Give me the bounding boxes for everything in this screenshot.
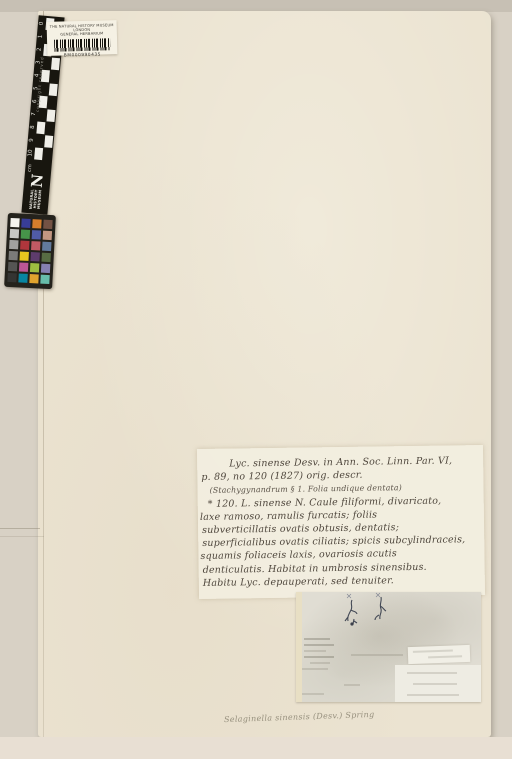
color-patch <box>29 274 38 283</box>
museum-logo: NATURAL HISTORY MUSEUM N <box>21 169 51 215</box>
color-chart-grid <box>7 218 52 284</box>
background-seam <box>0 536 44 537</box>
barcode-label: THE NATURAL HISTORY MUSEUM LONDON GENERA… <box>47 20 118 56</box>
color-patch <box>21 230 30 239</box>
ghost-text-line <box>310 662 330 664</box>
annotation-line: Habitu Lyc. depauperati, sed tenuiter. <box>203 573 485 590</box>
color-patch <box>42 242 51 251</box>
color-patch <box>18 273 27 282</box>
ruler-tick <box>49 83 58 96</box>
scanner-background-bottom <box>0 737 512 759</box>
background-seam <box>0 528 40 529</box>
ruler-tick <box>34 147 43 160</box>
color-patch <box>30 263 39 272</box>
ghost-text-line <box>304 644 334 646</box>
color-patch <box>10 218 19 227</box>
color-patch <box>20 240 29 249</box>
photo-label <box>408 645 471 664</box>
ghost-text-line <box>413 683 457 685</box>
color-patch <box>21 219 30 228</box>
color-patch <box>43 231 52 240</box>
ruler-tick <box>44 135 53 148</box>
ghost-text-line <box>344 684 360 686</box>
color-patch <box>41 264 50 273</box>
ghost-text-line <box>428 655 462 658</box>
ruler-number: 10 <box>27 149 34 157</box>
color-patch <box>30 252 39 261</box>
color-patch <box>8 262 17 271</box>
color-patch <box>19 262 28 271</box>
color-patch <box>32 219 41 228</box>
color-patch <box>32 230 41 239</box>
color-patch <box>31 241 40 250</box>
museum-n-logo-icon: N <box>28 173 47 188</box>
ruler-tick <box>51 58 60 71</box>
ghost-text-line <box>302 693 324 695</box>
ghost-text-line <box>351 654 403 656</box>
annotation-slip: Lyc. sinense Desv. in Ann. Soc. Linn. Pa… <box>197 445 485 599</box>
ruler-slot: 10 <box>26 147 53 162</box>
museum-logo-inner: NATURAL HISTORY MUSEUM N <box>22 169 50 215</box>
ghost-text-line <box>407 672 457 674</box>
herbarium-scan: 012345678910 cm copyright reserved NATUR… <box>0 0 512 759</box>
color-patch <box>7 273 16 282</box>
ghost-text-line <box>304 656 334 658</box>
color-patch <box>43 220 52 229</box>
color-patch <box>9 240 18 249</box>
ruler-tick <box>45 122 54 135</box>
ghost-text-line <box>304 650 326 652</box>
color-patch <box>41 253 50 262</box>
ruler-tick <box>48 96 57 109</box>
ruler-tick <box>50 71 59 84</box>
ruler-tick <box>46 109 55 122</box>
barcode-label-line2: GENERAL HERBARIUM <box>47 31 117 37</box>
color-patch <box>10 229 19 238</box>
specimen-photo-inset <box>296 592 481 702</box>
barcode-icon <box>54 38 110 51</box>
ghost-text-line <box>302 668 328 670</box>
color-patch <box>19 251 28 260</box>
ruler-tick <box>43 148 52 161</box>
annotation-text: Lyc. sinense Desv. in Ann. Soc. Linn. Pa… <box>199 454 485 590</box>
color-patch <box>9 251 18 260</box>
ghost-text-line <box>304 638 330 640</box>
ghost-text-line <box>407 694 459 696</box>
photo-label <box>395 665 481 702</box>
museum-name-text: NATURAL HISTORY MUSEUM <box>29 189 43 210</box>
color-calibration-chart <box>4 213 56 289</box>
color-patch <box>40 275 49 284</box>
ghost-text-line <box>413 650 453 653</box>
